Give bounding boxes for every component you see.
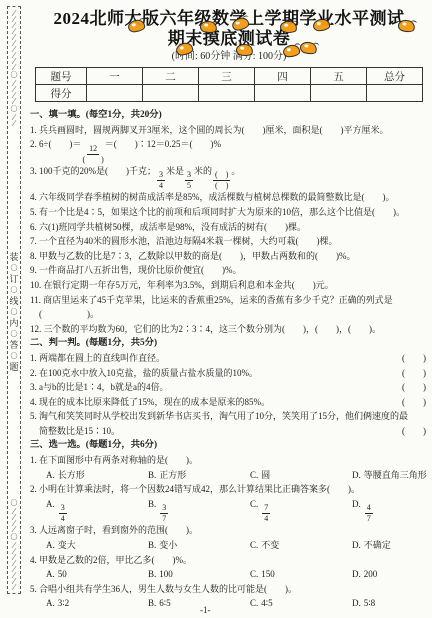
- fraction-numerator: 4: [365, 504, 373, 514]
- fraction: 34: [59, 504, 67, 523]
- score-header-cell: 四: [255, 68, 311, 85]
- fraction-numerator: ( ): [213, 171, 230, 181]
- binding-text-char: 线: [9, 295, 18, 307]
- question-line: 9. 一件商品打八五折出售，现价比原价便宜( )%。: [30, 263, 426, 278]
- choice-option: A.3∶2: [46, 596, 148, 611]
- fraction-numerator: 3: [185, 171, 193, 181]
- score-blank-cell: [367, 85, 423, 102]
- score-table: 题号 一 二 三 四 五 总分 得分: [35, 67, 423, 102]
- choice-option: A.34: [46, 497, 148, 524]
- binding-strip: ∕∕∕∕∕∕∕∕∕∕〇∕∕∕∕〇∕∕装〇订〇线〇内〇答〇题〇∕∕∕∕〇∕∕∕∕∕…: [7, 6, 21, 594]
- choice-option: C.74: [250, 497, 352, 524]
- fraction: 35: [185, 171, 193, 190]
- exam-time-score-info: (时间: 60分钟 满分: 100分): [30, 50, 428, 63]
- question-line: 简整数比是15∶10。( ): [30, 424, 426, 439]
- answer-paren: ( ): [402, 395, 426, 410]
- circle-mark: 〇: [11, 329, 18, 339]
- fraction-numerator: 3: [59, 504, 67, 514]
- option-label: C.: [250, 470, 258, 480]
- fraction: 37: [160, 504, 168, 523]
- option-label: C.: [250, 499, 258, 509]
- orange-swirl-icon: [279, 20, 297, 34]
- score-table-header-row: 题号 一 二 三 四 五 总分: [36, 68, 423, 85]
- option-label: A.: [46, 598, 55, 608]
- circle-mark: 〇: [11, 263, 18, 273]
- choice-option: B.变小: [148, 538, 250, 553]
- option-label: B.: [148, 569, 156, 579]
- options-row: A.长方形B.正方形C.圆D.等腰直角三角形: [30, 468, 426, 483]
- answer-paren: ( ): [402, 351, 426, 366]
- fraction: 12( ): [82, 145, 103, 164]
- options-row: A.变大B.变小C.不变D.不确定: [30, 538, 426, 553]
- slash-mark: ∕: [13, 120, 15, 126]
- score-header-cell: 题号: [36, 68, 87, 85]
- exam-title-line1: 2024北师大版六年级数学上学期学业水平测试: [30, 8, 428, 29]
- question-line: 1. 兵兵画圆时，圆规两脚叉开3厘米，这个圆的周长为( )厘米，面积是( )平方…: [30, 123, 426, 138]
- question-line: 3. 100千克的20%是( )千克；34米是35米的( )( )。: [30, 164, 426, 191]
- question-line: 3. 人远离窗子时，看到窗外的范围( )。: [30, 523, 426, 538]
- score-header-cell: 五: [311, 68, 367, 85]
- answer-paren: ( ): [402, 366, 426, 381]
- score-blank-cell: [199, 85, 255, 102]
- option-label: D.: [352, 499, 361, 509]
- question-line: 5. 有一个比是4∶5，如果这个比的前项和后项同时扩大为原来的10倍，那么这个比…: [30, 205, 426, 220]
- fraction-denominator: 4: [159, 181, 163, 190]
- option-label: C.: [250, 569, 258, 579]
- answer-paren: ( ): [402, 424, 426, 439]
- option-label: A.: [46, 540, 55, 550]
- question-line: 10. 在银行定期一年存5万元，年利率为3.5%，到期后利息和本金共( )元。: [30, 278, 426, 293]
- option-label: C.: [250, 540, 258, 550]
- question-line: 5. 淘气和笑笑同时从学校出发到新华书店买书，淘气用了10分，笑笑用了15分，他…: [30, 409, 426, 424]
- option-label: D.: [352, 569, 361, 579]
- choice-option: B.100: [148, 567, 250, 582]
- fraction-denominator: 7: [162, 514, 166, 523]
- score-blank-cell: [311, 85, 367, 102]
- fraction-numerator: 3: [157, 171, 165, 181]
- fraction-denominator: 7: [367, 514, 371, 523]
- score-header-cell: 总分: [367, 68, 423, 85]
- option-label: B.: [148, 499, 156, 509]
- fraction: 34: [157, 171, 165, 190]
- options-row: A.3∶2B.6∶5C.4∶5D.5∶8: [30, 596, 426, 611]
- exam-title-line2: 期末摸底测试卷: [30, 29, 428, 49]
- fraction-numerator: 7: [262, 504, 270, 514]
- score-header-cell: 二: [143, 68, 199, 85]
- choice-option: A.50: [46, 567, 148, 582]
- section-heading: 二、判一判。(每题1分，共5分): [30, 336, 426, 351]
- question-line: 2. 6÷( )＝12( )＝( )∶12＝0.25＝( )%: [30, 137, 426, 164]
- section: 一、填一填。(每空1分，共20分)1. 兵兵画圆时，圆规两脚叉开3厘米，这个圆的…: [30, 108, 426, 336]
- option-label: A.: [46, 499, 55, 509]
- option-label: D.: [352, 470, 361, 480]
- fraction: 74: [262, 504, 270, 523]
- section-heading: 一、填一填。(每空1分，共20分): [30, 108, 426, 123]
- question-sections: 一、填一填。(每空1分，共20分)1. 兵兵画圆时，圆规两脚叉开3厘米，这个圆的…: [30, 108, 426, 611]
- fraction-denominator: 4: [264, 514, 268, 523]
- main-content: 2024北师大版六年级数学上学期学业水平测试 期末摸底测试卷 (时间: 60分钟…: [30, 8, 428, 611]
- fraction-denominator: 5: [187, 181, 191, 190]
- binding-text-char: 答: [9, 339, 18, 351]
- binding-text-char: 装: [9, 251, 18, 263]
- choice-option: B.6∶5: [148, 596, 250, 611]
- score-header-cell: 三: [199, 68, 255, 85]
- fraction: 47: [365, 504, 373, 523]
- question-line: ( )。: [30, 307, 426, 322]
- option-label: C.: [250, 598, 258, 608]
- option-label: B.: [148, 598, 156, 608]
- option-label: B.: [148, 470, 156, 480]
- circle-mark: 〇: [11, 307, 18, 317]
- fraction-denominator: 4: [61, 514, 65, 523]
- fraction-numerator: 12: [87, 145, 99, 155]
- score-blank-cell: [87, 85, 143, 102]
- question-line: 4. 六年级同学春季植树的树苗成活率是85%，成活棵数与植树总棵数的最简整数比是…: [30, 190, 426, 205]
- question-line: 3. a与b的比是1∶4，b就是a的4倍。( ): [30, 380, 426, 395]
- question-line: 4. 现在的成本比原来降低了15%，现在的成本是原来的85%。( ): [30, 395, 426, 410]
- fraction-numerator: 3: [160, 504, 168, 514]
- section: 二、判一判。(每题1分，共5分)1. 两端都在圆上的直线叫作直径。( )2. 在…: [30, 336, 426, 438]
- circle-mark: 〇: [11, 285, 18, 295]
- fraction: ( )( ): [213, 171, 230, 190]
- score-blank-cell: [143, 85, 199, 102]
- question-line: 1. 在下面图形中有两条对称轴的是( )。: [30, 453, 426, 468]
- option-label: D.: [352, 598, 361, 608]
- page-number: -1-: [200, 605, 211, 615]
- question-line: 5. 合唱小组共有学生36人，男生人数与女生人数的比可能是( )。: [30, 582, 426, 597]
- question-line: 4. 甲数是乙数的2倍，甲比乙多( )%。: [30, 553, 426, 568]
- choice-option: D.47: [352, 497, 432, 524]
- choice-option: C.圆: [250, 468, 352, 483]
- choice-option: C.不变: [250, 538, 352, 553]
- exam-paper-page: ∕∕∕∕∕∕∕∕∕∕〇∕∕∕∕〇∕∕装〇订〇线〇内〇答〇题〇∕∕∕∕〇∕∕∕∕∕…: [0, 0, 432, 618]
- answer-paren: ( ): [402, 380, 426, 395]
- score-header-cell: 一: [87, 68, 143, 85]
- score-table-score-row: 得分: [36, 85, 423, 102]
- binding-text-char: 订: [9, 273, 18, 285]
- question-line: 6. 六(1)班同学共植树50棵，成活率是98%，没有成活的树有( )棵。: [30, 220, 426, 235]
- option-label: A.: [46, 470, 55, 480]
- choice-option: D.200: [352, 567, 432, 582]
- option-label: B.: [148, 540, 156, 550]
- choice-option: A.变大: [46, 538, 148, 553]
- question-line: 11. 商店里运来了45千克苹果，比运来的香蕉重25%，运来的香蕉有多少千克？正…: [30, 293, 426, 308]
- section-heading: 三、选一选。(每题1分，共6分): [30, 438, 426, 453]
- score-blank-cell: [255, 85, 311, 102]
- choice-option: C.4∶5: [250, 596, 352, 611]
- question-line: 1. 两端都在圆上的直线叫作直径。( ): [30, 351, 426, 366]
- choice-option: D.等腰直角三角形: [352, 468, 432, 483]
- fraction-denominator: ( ): [215, 181, 228, 190]
- question-line: 12. 三个数的平均数为60，它们的比为2∶3∶4，这三个数分别为( )，( )…: [30, 322, 426, 337]
- question-line: 2. 在100克水中放入10克盐，盐的质量占盐水质量的10%。( ): [30, 366, 426, 381]
- option-label: A.: [46, 569, 55, 579]
- options-row: A.50B.100C.150D.200: [30, 567, 426, 582]
- choice-option: D.5∶8: [352, 596, 432, 611]
- question-line: 7. 一个直径为40米的圆形水池，沿池边每隔4米栽一棵树，大约可栽( )棵。: [30, 234, 426, 249]
- question-line: 2. 小明在计算乘法时，将一个因数24错写成42，那么计算结果比正确答案多( )…: [30, 482, 426, 497]
- circle-mark: 〇: [11, 351, 18, 361]
- choice-option: B.正方形: [148, 468, 250, 483]
- section: 三、选一选。(每题1分，共6分)1. 在下面图形中有两条对称轴的是( )。A.长…: [30, 438, 426, 611]
- choice-option: D.不确定: [352, 538, 432, 553]
- binding-text-char: 内: [9, 317, 18, 329]
- slash-mark: ∕: [13, 584, 15, 590]
- choice-option: B.37: [148, 497, 250, 524]
- option-label: D.: [352, 540, 361, 550]
- choice-option: C.150: [250, 567, 352, 582]
- fraction-denominator: ( ): [82, 155, 103, 164]
- binding-text-char: 题: [9, 361, 18, 373]
- options-row: A.34B.37C.74D.47: [30, 497, 426, 524]
- question-line: 8. 甲数与乙数的比是7∶3，乙数除以甲数的商是( )，甲数占两数和的( )%。: [30, 249, 426, 264]
- score-row-label: 得分: [36, 85, 87, 102]
- choice-option: A.长方形: [46, 468, 148, 483]
